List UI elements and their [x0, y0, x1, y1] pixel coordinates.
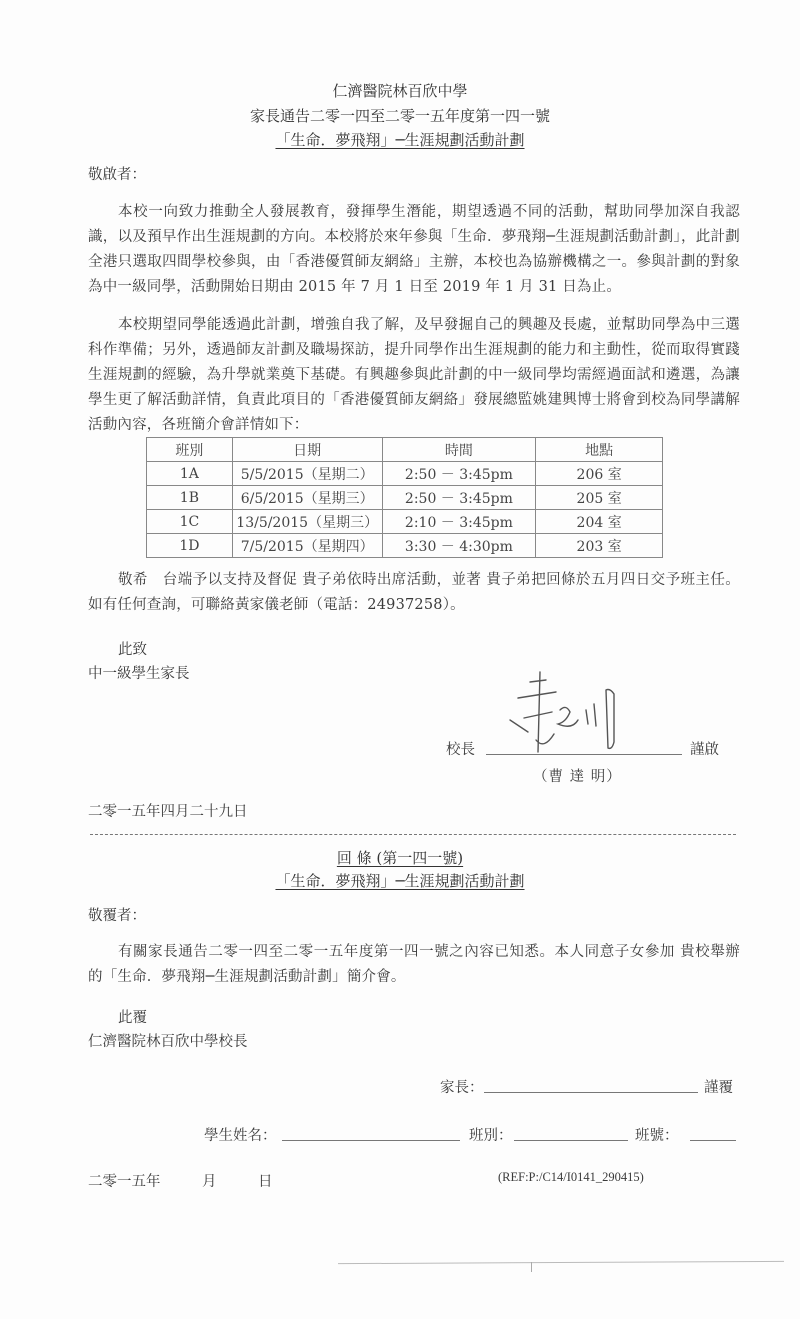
cell-time: 2:50 － 3:45pm	[382, 486, 536, 510]
reply-recipient: 仁濟醫院林百欣中學校長	[88, 1030, 248, 1051]
header-time: 時間	[382, 438, 536, 462]
reply-date-day: 日	[258, 1170, 273, 1191]
closing: 此致	[118, 638, 147, 659]
program-title-text: 「生命．夢飛翔」─生涯規劃活動計劃	[275, 131, 524, 149]
class-no-field[interactable]	[690, 1140, 736, 1141]
signature-image	[508, 670, 628, 760]
cell-venue: 206 室	[536, 462, 663, 486]
parent-label: 家長：	[440, 1076, 484, 1097]
principal-name: （曹 達 明）	[533, 765, 622, 786]
header-venue: 地點	[536, 438, 663, 462]
principal-title: 校長	[446, 738, 475, 759]
letter-date: 二零一五年四月二十九日	[88, 800, 248, 821]
cell-time: 2:10 － 3:45pm	[382, 510, 536, 534]
reply-date-year: 二零一五年	[88, 1170, 161, 1191]
letter-paragraph-3: 敬希 台端予以支持及督促 貴子弟依時出席活動，並著 貴子弟把回條於五月四日交予班…	[88, 568, 740, 618]
cell-date: 5/5/2015（星期二）	[232, 462, 382, 486]
student-name-field[interactable]	[282, 1140, 460, 1141]
reply-slip-title: 回 條 (第一四一號)	[0, 847, 800, 868]
cell-date: 6/5/2015（星期三）	[232, 486, 382, 510]
cell-class: 1B	[147, 486, 233, 510]
cell-venue: 203 室	[536, 534, 663, 558]
reference-code: (REF:P:/C14/I0141_290415)	[498, 1170, 644, 1185]
header-class: 班別	[147, 438, 233, 462]
cell-date: 13/5/2015（星期三）	[232, 510, 382, 534]
signer-suffix: 謹啟	[690, 738, 719, 759]
paragraph-text: 本校一向致力推動全人發展教育，發揮學生潛能，期望透過不同的活動，幫助同學加深自我…	[88, 200, 740, 300]
recipient: 中一級學生家長	[88, 662, 190, 683]
scan-edge-tick	[531, 1262, 532, 1272]
reply-closing: 此覆	[118, 1006, 147, 1027]
class-field[interactable]	[514, 1140, 628, 1141]
parent-suffix: 謹覆	[704, 1076, 733, 1097]
paragraph-text: 敬希 台端予以支持及督促 貴子弟依時出席活動，並著 貴子弟把回條於五月四日交予班…	[88, 568, 740, 618]
cell-venue: 204 室	[536, 510, 663, 534]
letter-paragraph-2: 本校期望同學能透過此計劃，增強自我了解，及早發掘自己的興趣及長處，並幫助同學為中…	[88, 313, 740, 438]
class-label: 班別：	[469, 1124, 513, 1145]
table-row: 1D 7/5/2015（星期四） 3:30 － 4:30pm 203 室	[147, 534, 663, 558]
cell-time: 2:50 － 3:45pm	[382, 462, 536, 486]
paragraph-text: 本校期望同學能透過此計劃，增強自我了解，及早發掘自己的興趣及長處，並幫助同學為中…	[88, 313, 740, 438]
cell-class: 1A	[147, 462, 233, 486]
reply-date-month: 月	[202, 1170, 217, 1191]
reply-body: 有關家長通告二零一四至二零一五年度第一四一號之內容已知悉。本人同意子女參加 貴校…	[88, 940, 740, 990]
program-title: 「生命．夢飛翔」─生涯規劃活動計劃	[0, 129, 800, 150]
table-row: 1C 13/5/2015（星期三） 2:10 － 3:45pm 204 室	[147, 510, 663, 534]
parent-signature-field[interactable]	[484, 1092, 698, 1093]
cell-date: 7/5/2015（星期四）	[232, 534, 382, 558]
notice-number: 家長通告二零一四至二零一五年度第一四一號	[0, 105, 800, 126]
table-row: 1A 5/5/2015（星期二） 2:50 － 3:45pm 206 室	[147, 462, 663, 486]
reply-slip-program-text: 「生命．夢飛翔」─生涯規劃活動計劃	[275, 872, 524, 890]
scan-edge-line	[338, 1261, 784, 1264]
school-name: 仁濟醫院林百欣中學	[0, 80, 800, 101]
letter-paragraph-1: 本校一向致力推動全人發展教育，發揮學生潛能，期望透過不同的活動，幫助同學加深自我…	[88, 200, 740, 300]
reply-body-text: 有關家長通告二零一四至二零一五年度第一四一號之內容已知悉。本人同意子女參加 貴校…	[88, 940, 740, 990]
table-header-row: 班別 日期 時間 地點	[147, 438, 663, 462]
reply-slip-title-text: 回 條 (第一四一號)	[337, 849, 463, 867]
salutation: 敬啟者：	[88, 163, 146, 184]
class-no-label: 班號：	[635, 1124, 679, 1145]
reply-slip-program: 「生命．夢飛翔」─生涯規劃活動計劃	[0, 870, 800, 891]
signature-line	[486, 754, 682, 755]
schedule-table: 班別 日期 時間 地點 1A 5/5/2015（星期二） 2:50 － 3:45…	[146, 437, 663, 558]
tear-off-line	[90, 834, 736, 835]
cell-class: 1C	[147, 510, 233, 534]
cell-time: 3:30 － 4:30pm	[382, 534, 536, 558]
student-name-label: 學生姓名：	[204, 1124, 277, 1145]
header-date: 日期	[232, 438, 382, 462]
reply-salutation: 敬覆者：	[88, 904, 146, 925]
cell-venue: 205 室	[536, 486, 663, 510]
cell-class: 1D	[147, 534, 233, 558]
table-row: 1B 6/5/2015（星期三） 2:50 － 3:45pm 205 室	[147, 486, 663, 510]
